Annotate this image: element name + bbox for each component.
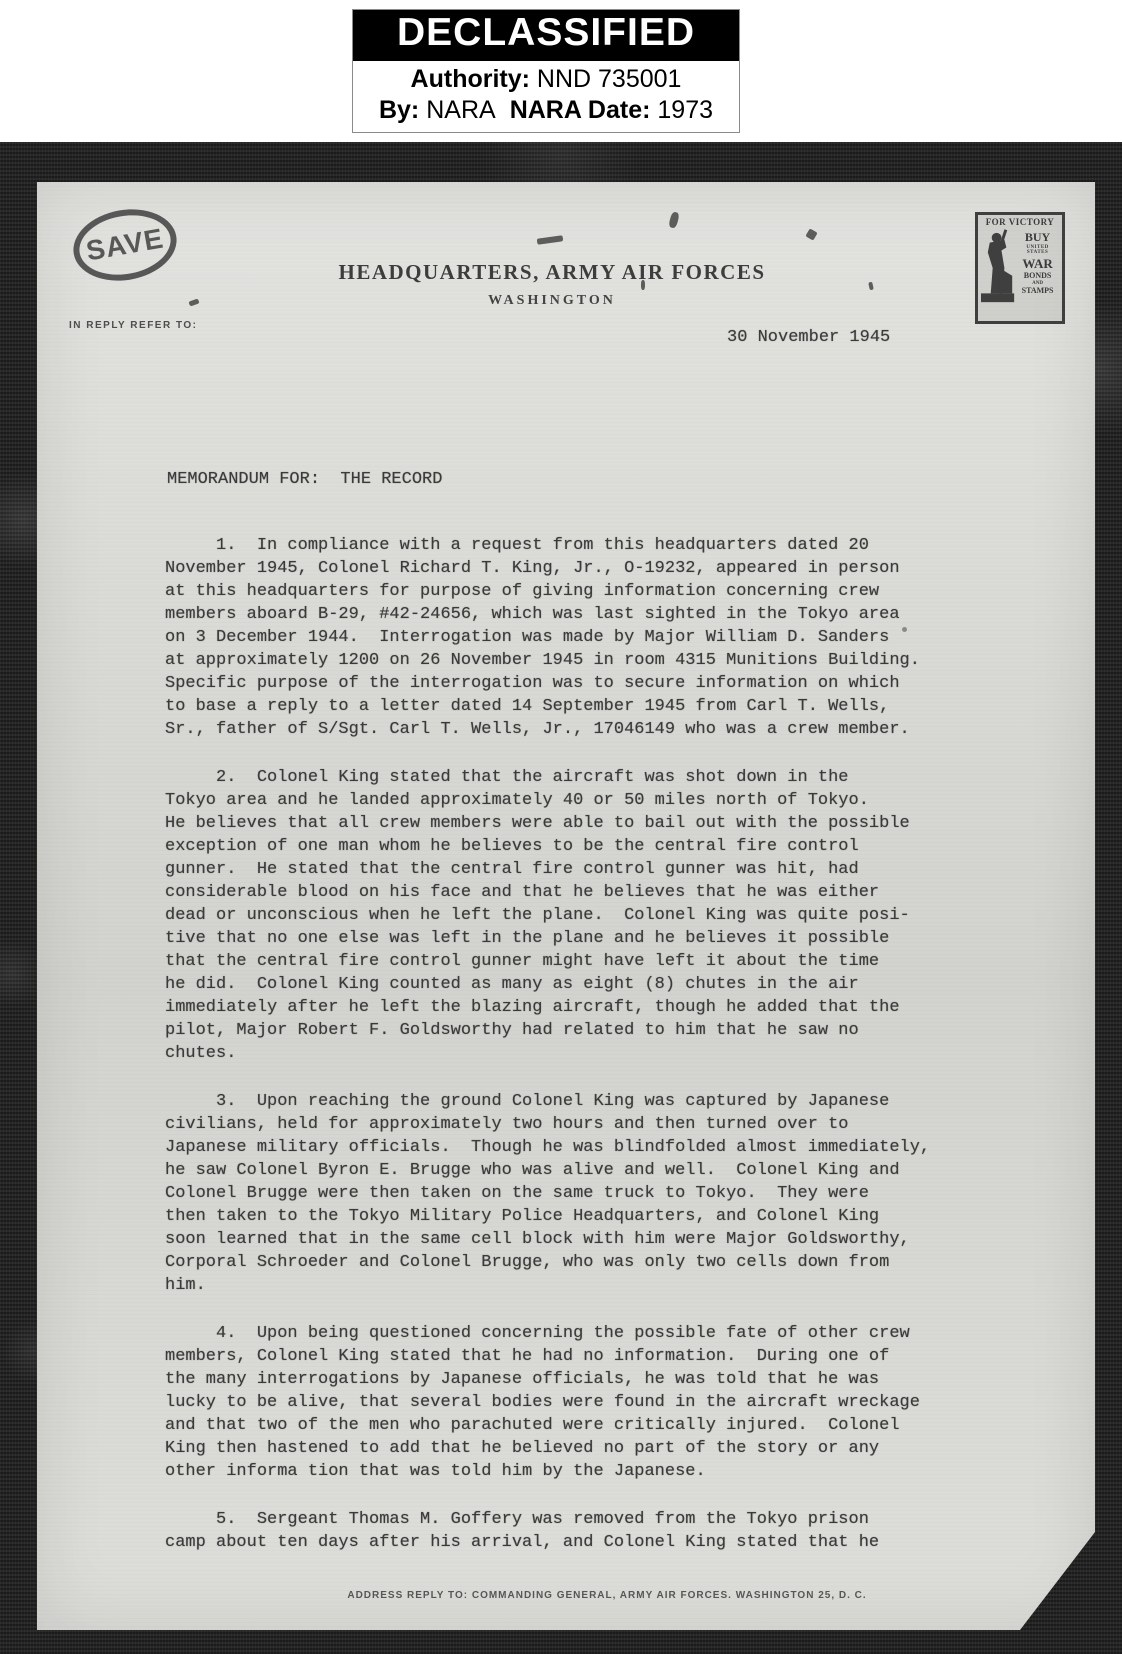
- war-bonds-war: WAR: [1015, 257, 1060, 270]
- war-bonds-header: FOR VICTORY: [980, 217, 1060, 227]
- by-label: By:: [379, 96, 419, 124]
- by-value: NARA: [426, 96, 495, 124]
- declassified-info: Authority: NND 735001 By: NARANARA Date:…: [353, 61, 739, 132]
- memo-paragraph-5: 5. Sergeant Thomas M. Goffery was remove…: [165, 1508, 1011, 1554]
- war-bonds-text: BUY UNITED STATES WAR BONDS AND STAMPS: [1015, 228, 1060, 308]
- scan-background: SAVE IN REPLY REFER TO: HEADQUARTERS, AR…: [0, 142, 1122, 1654]
- by-line: By: NARANARA Date: 1973: [357, 95, 735, 126]
- nara-date-value: 1973: [657, 96, 713, 124]
- war-bonds-body: BUY UNITED STATES WAR BONDS AND STAMPS: [980, 228, 1060, 308]
- memo-paragraph-1: 1. In compliance with a request from thi…: [165, 534, 1011, 741]
- war-bonds-stamps: STAMPS: [1015, 287, 1060, 295]
- war-bonds-stamp: FOR VICTORY BUY UNITED STATES WAR BONDS: [975, 212, 1065, 324]
- memo-paragraph-3: 3. Upon reaching the ground Colonel King…: [165, 1090, 1011, 1297]
- ink-speck: [805, 228, 817, 240]
- declassified-banner: DECLASSIFIED Authority: NND 735001 By: N…: [352, 9, 740, 133]
- footer-address: ADDRESS REPLY TO: COMMANDING GENERAL, AR…: [132, 1590, 1082, 1601]
- war-bonds-united-states: UNITED STATES: [1015, 245, 1060, 255]
- memo-body: 1. In compliance with a request from thi…: [165, 534, 1011, 1579]
- ink-speck: [537, 235, 564, 245]
- authority-value: NND 735001: [537, 65, 682, 93]
- memo-heading: MEMORANDUM FOR: THE RECORD: [167, 470, 442, 489]
- ink-speck: [668, 211, 680, 229]
- authority-label: Authority:: [411, 65, 530, 93]
- memo-paragraph-4: 4. Upon being questioned concerning the …: [165, 1322, 1011, 1483]
- declassified-title: DECLASSIFIED: [353, 10, 739, 61]
- authority-line: Authority: NND 735001: [357, 64, 735, 95]
- org-title: HEADQUARTERS, ARMY AIR FORCES: [152, 260, 952, 285]
- war-bonds-bonds: BONDS: [1015, 272, 1060, 280]
- reply-refer-label: IN REPLY REFER TO:: [69, 320, 198, 331]
- document-page: SAVE IN REPLY REFER TO: HEADQUARTERS, AR…: [37, 182, 1095, 1630]
- nara-date-label: NARA Date:: [510, 96, 651, 124]
- war-bonds-buy: BUY: [1015, 231, 1060, 243]
- document-date: 30 November 1945: [727, 328, 890, 347]
- org-city: WASHINGTON: [152, 293, 952, 309]
- minuteman-icon: [980, 228, 1015, 308]
- letterhead: HEADQUARTERS, ARMY AIR FORCES WASHINGTON: [152, 260, 952, 309]
- memo-paragraph-2: 2. Colonel King stated that the aircraft…: [165, 766, 1011, 1065]
